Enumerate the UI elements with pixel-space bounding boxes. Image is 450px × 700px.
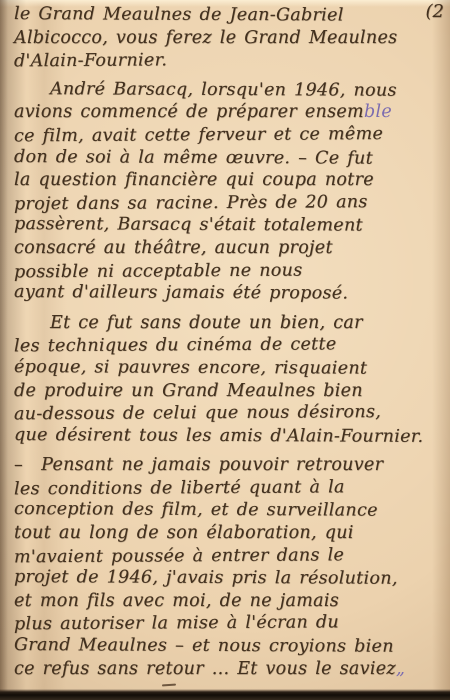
manuscript-line: don de soi à la même œuvre. – Ce fut: [14, 146, 446, 170]
manuscript-line: ayant d'ailleurs jamais été proposé.: [14, 281, 446, 305]
text-segment: Et ce fut sans doute un bien, car: [50, 313, 363, 333]
text-segment: et mon fils avec moi, de ne jamais: [14, 591, 339, 611]
text-segment: André Barsacq, lorsqu'en 1946, nous: [50, 79, 397, 101]
manuscript-line: le Grand Meaulnes de Jean-Gabriel: [14, 3, 446, 27]
manuscript-line: époque, si pauvres encore, risquaient: [14, 356, 446, 380]
manuscript-line: projet dans sa racine. Près de 20 ans: [14, 190, 446, 215]
manuscript-line: projet de 1946, j'avais pris la résoluti…: [14, 566, 446, 590]
text-segment: don de soi à la même œuvre. – Ce fut: [14, 147, 373, 169]
manuscript-line: possible ni acceptable ne nous: [14, 258, 446, 283]
text-segment: possible ni acceptable ne nous: [14, 260, 303, 282]
manuscript-line: Et ce fut sans doute un bien, car: [14, 312, 446, 335]
manuscript-line: au-dessous de celui que nous désirons,: [14, 401, 446, 426]
manuscript-line: passèrent, Barsacq s'était totalement: [14, 213, 446, 237]
text-segment: projet de 1946, j'avais pris la résoluti…: [14, 567, 398, 589]
photo-edge-bottom: [0, 689, 450, 700]
manuscript-line: André Barsacq, lorsqu'en 1946, nous: [14, 78, 446, 102]
text-segment: ce film, avait cette ferveur et ce même: [14, 124, 383, 146]
manuscript-line: m'avaient poussée à entrer dans le: [14, 543, 446, 568]
stray-pen-mark: [162, 684, 176, 687]
manuscript-lines: le Grand Meaulnes de Jean-GabrielAlbicoc…: [14, 4, 446, 686]
manuscript-line: conception des film, et de surveillance: [14, 499, 446, 523]
manuscript-line: Albicocco, vous ferez le Grand Meaulnes: [14, 27, 446, 50]
text-segment: que désirent tous les amis d'Alain-Fourn…: [14, 425, 424, 447]
text-segment: passèrent, Barsacq s'était totalement: [14, 214, 363, 236]
text-segment: conception des film, et de surveillance: [14, 500, 378, 522]
text-segment: au-dessous de celui que nous désirons,: [14, 402, 381, 424]
manuscript-line: les conditions de liberté quant à la: [14, 476, 446, 501]
text-segment: avions commencé de préparer ensem: [14, 102, 364, 122]
ink-correction-segment: „: [396, 659, 405, 679]
text-segment: m'avaient poussée à entrer dans le: [14, 545, 344, 567]
text-segment: consacré au théâtre, aucun projet: [14, 238, 333, 258]
text-segment: d'Alain-Fournier.: [14, 51, 167, 72]
manuscript-line: consacré au théâtre, aucun projet: [14, 237, 446, 260]
manuscript-line: ce refus sans retour ... Et vous le savi…: [14, 658, 446, 681]
text-segment: les conditions de liberté quant à la: [14, 477, 345, 499]
text-segment: – Pensant ne jamais pouvoir retrouver: [14, 455, 383, 475]
text-segment: de produire un Grand Meaulnes bien: [14, 381, 363, 401]
text-segment: plus autoriser la mise à l'écran du: [14, 613, 339, 635]
text-segment: la question financière qui coupa notre: [14, 170, 374, 190]
text-segment: ayant d'ailleurs jamais été proposé.: [14, 282, 348, 303]
text-segment: Grand Meaulnes – et nous croyions bien: [14, 635, 394, 657]
text-segment: ce refus sans retour ... Et vous le savi…: [14, 659, 396, 679]
manuscript-line: que désirent tous les amis d'Alain-Fourn…: [14, 424, 446, 448]
ink-correction-segment: ble: [364, 102, 392, 122]
manuscript-line: – Pensant ne jamais pouvoir retrouver: [14, 454, 446, 477]
manuscript-line: plus autoriser la mise à l'écran du: [14, 611, 446, 636]
text-segment: tout au long de son élaboration, qui: [14, 523, 354, 543]
manuscript-line: tout au long de son élaboration, qui: [14, 522, 446, 545]
text-segment: les techniques du cinéma de cette: [14, 335, 337, 357]
text-segment: projet dans sa racine. Près de 20 ans: [14, 192, 368, 214]
manuscript-line: Grand Meaulnes – et nous croyions bien: [14, 634, 446, 658]
manuscript-line: ce film, avait cette ferveur et ce même: [14, 123, 446, 148]
manuscript-line: avions commencé de préparer ensemble: [14, 101, 446, 124]
manuscript-line: les techniques du cinéma de cette: [14, 333, 446, 358]
manuscript-page: (2 le Grand Meaulnes de Jean-GabrielAlbi…: [0, 0, 450, 700]
manuscript-line: de produire un Grand Meaulnes bien: [14, 380, 446, 403]
text-segment: époque, si pauvres encore, risquaient: [14, 357, 367, 379]
manuscript-line: et mon fils avec moi, de ne jamais: [14, 590, 446, 613]
manuscript-line: d'Alain-Fournier.: [14, 48, 446, 73]
text-segment: Albicocco, vous ferez le Grand Meaulnes: [14, 28, 397, 48]
text-segment: le Grand Meaulnes de Jean-Gabriel: [14, 4, 344, 25]
manuscript-line: la question financière qui coupa notre: [14, 169, 446, 192]
